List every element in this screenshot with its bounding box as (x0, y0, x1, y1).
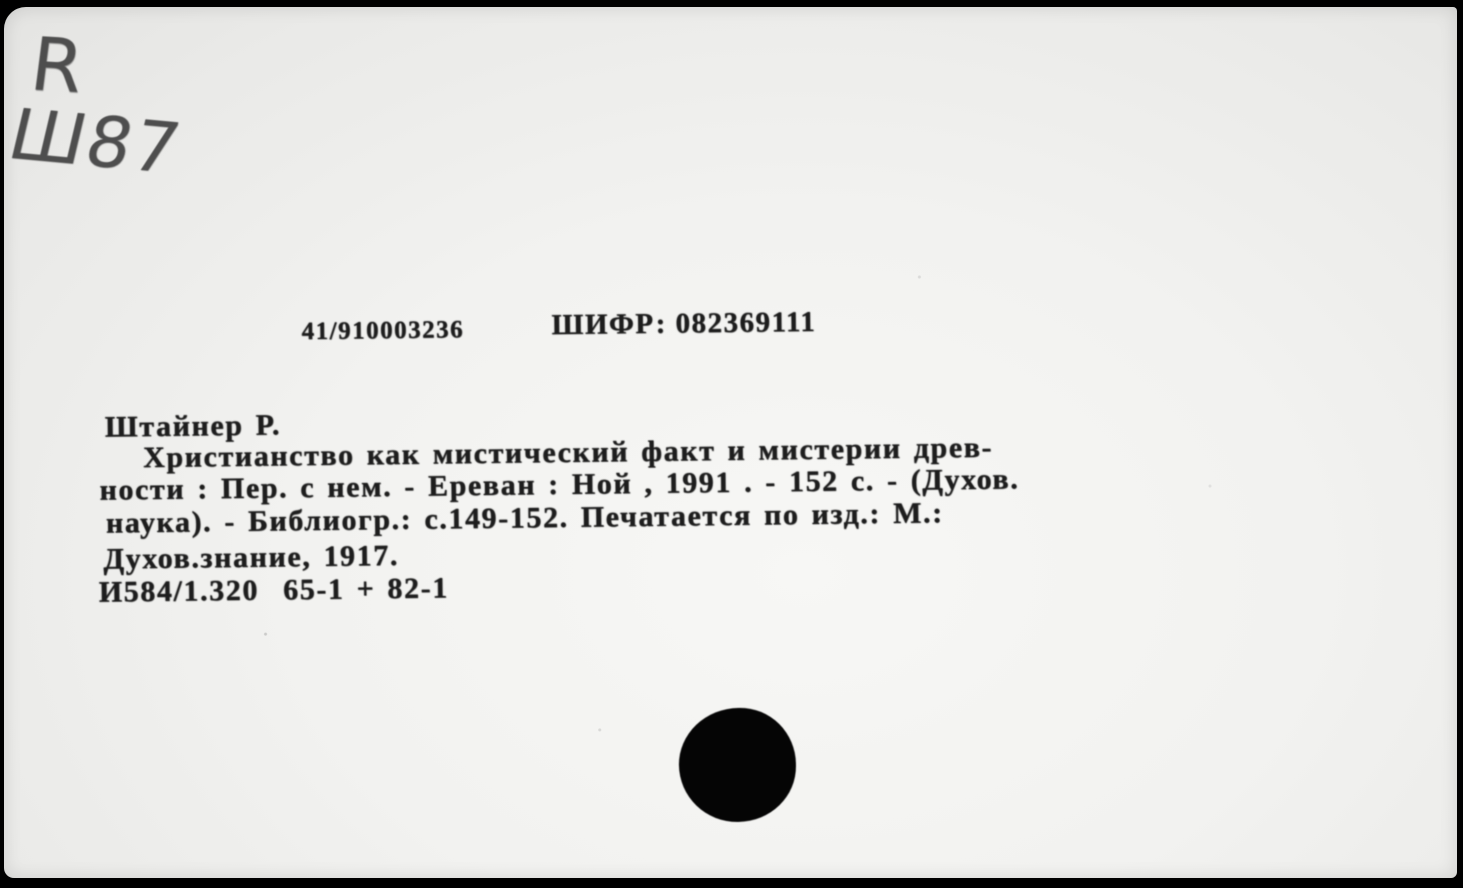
entry-inventory-line: И584/1.320 65-1 + 82-1 (99, 571, 449, 609)
card-content: R Ш87 41/910003236 ШИФР: 082369111 Штайн… (0, 0, 1462, 887)
accession-number: 41/910003236 (301, 316, 464, 346)
scanned-page: R Ш87 41/910003236 ШИФР: 082369111 Штайн… (0, 0, 1463, 888)
ink-dot (678, 707, 796, 822)
catalog-card: R Ш87 41/910003236 ШИФР: 082369111 Штайн… (4, 7, 1457, 878)
entry-line: Духов.знание, 1917. (103, 539, 399, 577)
handwritten-author-mark: Ш87 (1, 94, 189, 190)
shifr-code: ШИФР: 082369111 (551, 306, 816, 342)
